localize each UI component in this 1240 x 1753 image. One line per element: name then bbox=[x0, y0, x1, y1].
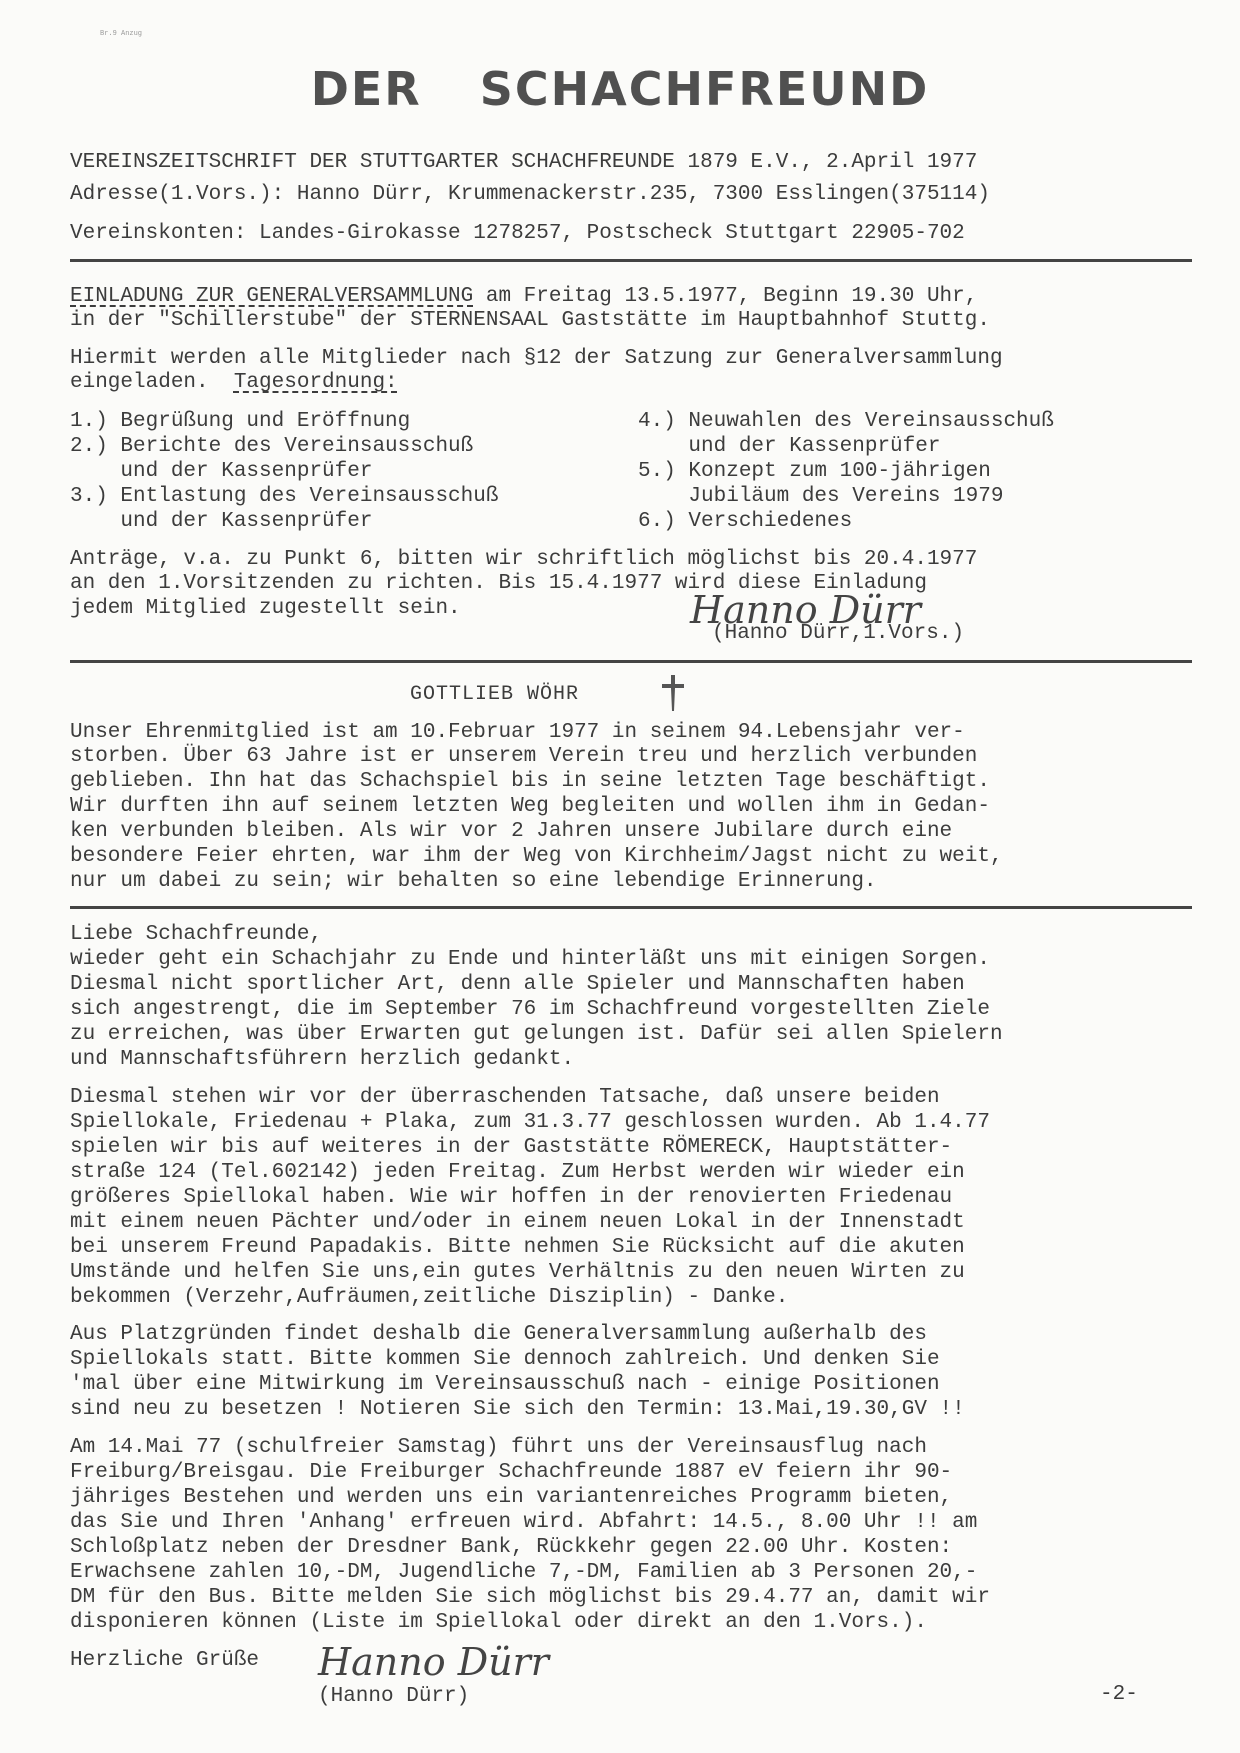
handwritten-signature: Hanno Dürr bbox=[318, 1640, 549, 1684]
letter-line: Spiellokale, Friedenau + Plaka, zum 31.3… bbox=[70, 1111, 990, 1135]
obituary-line: geblieben. Ihn hat das Schachspiel bis i… bbox=[70, 770, 990, 794]
invitation-closing: Anträge, v.a. zu Punkt 6, bitten wir sch… bbox=[70, 548, 977, 572]
invitation-line-4: eingeladen. Tagesordnung: bbox=[70, 371, 398, 395]
letter-line: größeres Spiellokal haben. Wie wir hoffe… bbox=[70, 1186, 952, 1210]
letter-line: mit einem neuen Pächter und/oder in eine… bbox=[70, 1211, 965, 1235]
letter-line: sind neu zu besetzen ! Notieren Sie sich… bbox=[70, 1398, 965, 1422]
obituary-heading: GOTTLIEB WÖHR bbox=[410, 683, 579, 706]
letter-line: und Mannschaftsführern herzlich gedankt. bbox=[70, 1048, 574, 1072]
letter-line: zu erreichen, was über Erwarten gut gelu… bbox=[70, 1023, 1003, 1047]
invitation-line-2: in der "Schillerstube" der STERNENSAAL G… bbox=[70, 309, 990, 333]
agenda-item: 6.) Verschiedenes bbox=[638, 510, 852, 534]
invitation-closing: jedem Mitglied zugestellt sein. bbox=[70, 597, 461, 621]
obituary-line: Wir durften ihn auf seinem letzten Weg b… bbox=[70, 795, 990, 819]
letter-line: Liebe Schachfreunde, bbox=[70, 923, 322, 947]
margin-stamp: Br.9 Anzug bbox=[100, 30, 142, 38]
obituary-line: Unser Ehrenmitglied ist am 10.Februar 19… bbox=[70, 721, 965, 745]
page-number: -2- bbox=[1100, 1683, 1138, 1706]
divider bbox=[70, 660, 1192, 663]
agenda-item: 1.) Begrüßung und Eröffnung bbox=[70, 410, 410, 434]
letter-line: Diesmal stehen wir vor der überraschende… bbox=[70, 1086, 940, 1110]
accounts: Vereinskonten: Landes-Girokasse 1278257,… bbox=[70, 222, 965, 246]
letter-line: Freiburg/Breisgau. Die Freiburger Schach… bbox=[70, 1461, 952, 1485]
agenda-item: 5.) Konzept zum 100-jährigen bbox=[638, 460, 991, 484]
obituary-line: besondere Feier ehrten, war ihm der Weg … bbox=[70, 845, 1003, 869]
invitation-text: eingeladen. bbox=[70, 371, 234, 394]
obituary-line: ken verbunden bleiben. Als wir vor 2 Jah… bbox=[70, 820, 952, 844]
signature-name: (Hanno Dürr) bbox=[318, 1685, 469, 1708]
agenda-item: Jubiläum des Vereins 1979 bbox=[638, 485, 1003, 509]
letter-line: bekommen (Verzehr,Aufräumen,zeitliche Di… bbox=[70, 1286, 788, 1310]
letter-line: 'mal über eine Mitwirkung im Vereinsauss… bbox=[70, 1373, 940, 1397]
letter-line: Spiellokals statt. Bitte kommen Sie denn… bbox=[70, 1348, 940, 1372]
letter-line: sich angestrengt, die im September 76 im… bbox=[70, 998, 990, 1022]
letter-line: Schloßplatz neben der Dresdner Bank, Rüc… bbox=[70, 1536, 952, 1560]
subtitle: VEREINSZEITSCHRIFT DER STUTTGARTER SCHAC… bbox=[70, 151, 977, 175]
obituary-line: storben. Über 63 Jahre ist er unserem Ve… bbox=[70, 745, 977, 769]
letter-line: das Sie und Ihren 'Anhang' erfreuen wird… bbox=[70, 1511, 977, 1535]
letter-line: Am 14.Mai 77 (schulfreier Samstag) führt… bbox=[70, 1436, 927, 1460]
newsletter-title: DER SCHACHFREUND bbox=[0, 62, 1240, 116]
letter-line: Diesmal nicht sportlicher Art, denn alle… bbox=[70, 973, 965, 997]
letter-line: Aus Platzgründen findet deshalb die Gene… bbox=[70, 1323, 927, 1347]
obituary-line: nur um dabei zu sein; wir behalten so ei… bbox=[70, 870, 877, 894]
letter-line: DM für den Bus. Bitte melden Sie sich mö… bbox=[70, 1586, 990, 1610]
letter-line: disponieren können (Liste im Spiellokal … bbox=[70, 1611, 927, 1635]
divider bbox=[70, 259, 1192, 262]
letter-line: spielen wir bis auf weiteres in der Gast… bbox=[70, 1136, 952, 1160]
invitation-heading: EINLADUNG ZUR GENERALVERSAMMLUNG bbox=[70, 285, 473, 308]
letter-line: wieder geht ein Schachjahr zu Ende und h… bbox=[70, 948, 990, 972]
agenda-item: und der Kassenprüfer bbox=[638, 435, 940, 459]
newsletter-page: Br.9 Anzug DER SCHACHFREUND VEREINSZEITS… bbox=[0, 0, 1240, 1753]
agenda-item: und der Kassenprüfer bbox=[70, 510, 372, 534]
divider bbox=[70, 906, 1192, 909]
invitation-time: am Freitag 13.5.1977, Beginn 19.30 Uhr, bbox=[473, 285, 977, 308]
invitation-line-3: Hiermit werden alle Mitglieder nach §12 … bbox=[70, 347, 1003, 371]
cross-icon bbox=[660, 674, 686, 712]
agenda-item: 3.) Entlastung des Vereinsausschuß bbox=[70, 485, 498, 509]
agenda-item: und der Kassenprüfer bbox=[70, 460, 372, 484]
letter-line: straße 124 (Tel.602142) jeden Freitag. Z… bbox=[70, 1161, 965, 1185]
letter-line: bei unserem Freund Papadakis. Bitte nehm… bbox=[70, 1236, 965, 1260]
letter-line: Erwachsene zahlen 10,-DM, Jugendliche 7,… bbox=[70, 1561, 977, 1585]
agenda-item: 2.) Berichte des Vereinsausschuß bbox=[70, 435, 473, 459]
address: Adresse(1.Vors.): Hanno Dürr, Krummenack… bbox=[70, 183, 990, 207]
agenda-item: 4.) Neuwahlen des Vereinsausschuß bbox=[638, 410, 1054, 434]
agenda-label: Tagesordnung: bbox=[234, 371, 398, 394]
signature-name: (Hanno Dürr,1.Vors.) bbox=[712, 622, 964, 645]
letter-line: jähriges Bestehen und werden uns ein var… bbox=[70, 1486, 952, 1510]
invitation-line-1: EINLADUNG ZUR GENERALVERSAMMLUNG am Frei… bbox=[70, 285, 977, 309]
letter-line: Umstände und helfen Sie uns,ein gutes Ve… bbox=[70, 1261, 965, 1285]
greeting: Herzliche Grüße bbox=[70, 1649, 259, 1673]
